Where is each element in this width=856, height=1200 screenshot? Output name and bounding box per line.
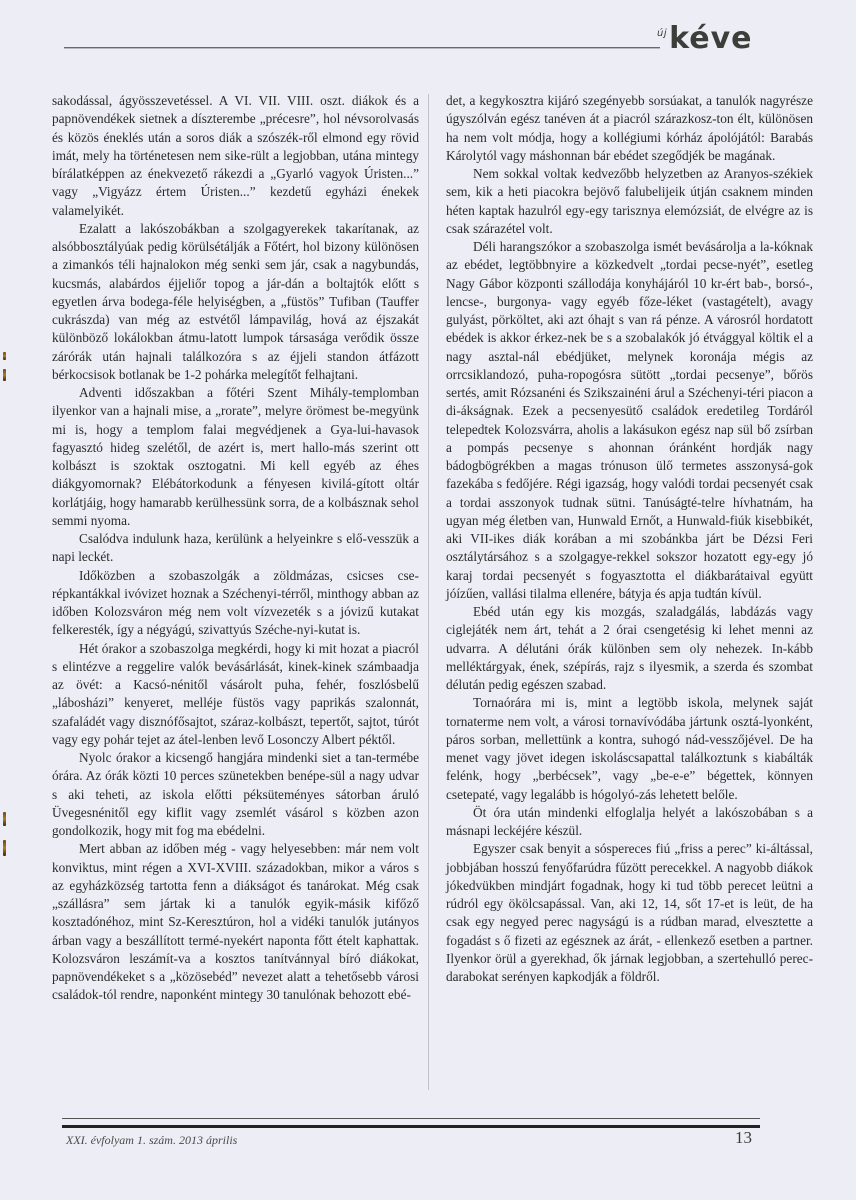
paragraph: Adventi időszakban a főtéri Szent Mihály… bbox=[52, 384, 419, 530]
paragraph: Egyszer csak benyit a sóspereces fiú „fr… bbox=[446, 840, 813, 986]
magazine-logo: új kéve bbox=[657, 22, 753, 72]
binding-mark bbox=[3, 369, 6, 381]
paragraph: Időközben a szobaszolgák a zöldmázas, cs… bbox=[52, 567, 419, 640]
binding-mark bbox=[3, 812, 6, 826]
paragraph: Hét órakor a szobaszolga megkérdi, hogy … bbox=[52, 640, 419, 750]
article-body: sakodással, ágyösszevetéssel. A VI. VII.… bbox=[52, 92, 813, 1092]
paragraph: Ebéd után egy kis mozgás, szaladgálás, l… bbox=[446, 603, 813, 694]
paragraph: Nem sokkal voltak kedvezőbb helyzetben a… bbox=[446, 165, 813, 238]
header-rule bbox=[64, 47, 660, 49]
footer-rule bbox=[62, 1118, 760, 1128]
page-number: 13 bbox=[735, 1128, 752, 1148]
binding-mark bbox=[3, 840, 6, 856]
logo-main-text: kéve bbox=[669, 22, 752, 56]
paragraph: Déli harangszókor a szobaszolga ismét be… bbox=[446, 238, 813, 603]
paragraph: Ezalatt a lakószobákban a szolgagyerekek… bbox=[52, 220, 419, 384]
right-column: det, a kegykosztra kijáró szegényebb sor… bbox=[446, 92, 813, 1092]
logo-small-text: új bbox=[657, 28, 667, 39]
binding-mark bbox=[3, 352, 6, 360]
paragraph: Nyolc órakor a kicsengő hangjára mindenk… bbox=[52, 749, 419, 840]
issue-info: XXI. évfolyam 1. szám. 2013 április bbox=[66, 1133, 237, 1148]
paragraph: Csalódva indulunk haza, kerülünk a helye… bbox=[52, 530, 419, 567]
paragraph: Mert abban az időben még - vagy helyeseb… bbox=[52, 840, 419, 1004]
paragraph: Öt óra után mindenki elfoglalja helyét a… bbox=[446, 804, 813, 841]
paragraph: Tornaórára mi is, mint a legtöbb iskola,… bbox=[446, 694, 813, 804]
paragraph: det, a kegykosztra kijáró szegényebb sor… bbox=[446, 92, 813, 165]
paragraph: sakodással, ágyösszevetéssel. A VI. VII.… bbox=[52, 92, 419, 220]
left-column: sakodással, ágyösszevetéssel. A VI. VII.… bbox=[52, 92, 419, 1092]
